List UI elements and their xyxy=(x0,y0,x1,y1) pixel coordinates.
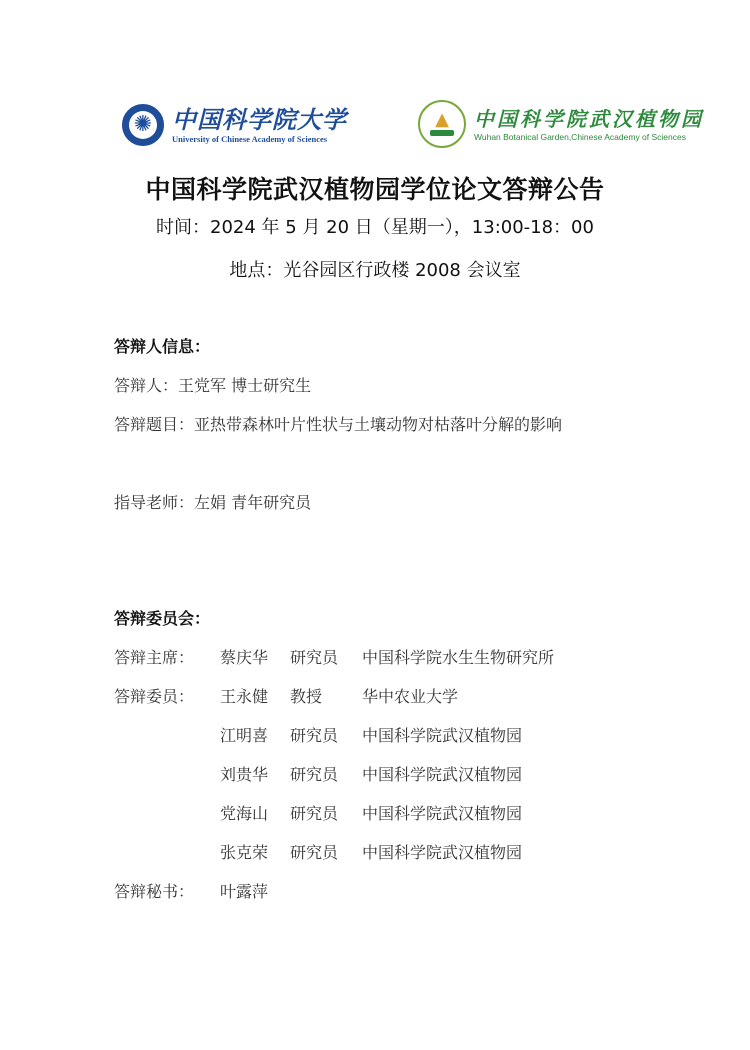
committee-title: 研究员 xyxy=(290,645,338,668)
committee-title: 研究员 xyxy=(290,762,338,785)
committee-title: 教授 xyxy=(290,684,322,707)
committee-name: 江明喜 xyxy=(220,723,268,746)
logo-bar: 中国科学院大学 University of Chinese Academy of… xyxy=(0,100,750,160)
candidate-heading: 答辩人信息： xyxy=(114,334,210,357)
committee-org: 中国科学院武汉植物园 xyxy=(362,840,522,863)
committee-name: 王永健 xyxy=(220,684,268,707)
committee-org: 华中农业大学 xyxy=(362,684,458,707)
committee-name: 党海山 xyxy=(220,801,268,824)
candidate-topic: 答辩题目：亚热带森林叶片性状与土壤动物对枯落叶分解的影响 xyxy=(114,412,562,435)
committee-name: 刘贵华 xyxy=(220,762,268,785)
committee-role: 答辩秘书： xyxy=(114,879,194,902)
advisor: 指导老师：左娟 青年研究员 xyxy=(114,490,311,513)
wbg-emblem-icon xyxy=(418,100,466,148)
ucas-name-cn: 中国科学院大学 xyxy=(172,106,347,134)
ucas-logo: 中国科学院大学 University of Chinese Academy of… xyxy=(122,104,347,146)
committee-name: 蔡庆华 xyxy=(220,645,268,668)
ucas-emblem-icon xyxy=(122,104,164,146)
committee-role: 答辩主席： xyxy=(114,645,194,668)
wbg-name-cn: 中国科学院武汉植物园 xyxy=(474,106,704,132)
committee-org: 中国科学院武汉植物园 xyxy=(362,723,522,746)
wbg-name-en: Wuhan Botanical Garden,Chinese Academy o… xyxy=(474,132,704,142)
committee-org: 中国科学院武汉植物园 xyxy=(362,801,522,824)
defense-place: 地点：光谷园区行政楼 2008 会议室 xyxy=(0,256,750,282)
ucas-name-en: University of Chinese Academy of Science… xyxy=(172,134,347,144)
wbg-logo: 中国科学院武汉植物园 Wuhan Botanical Garden,Chines… xyxy=(418,100,704,148)
committee-title: 研究员 xyxy=(290,840,338,863)
committee-org: 中国科学院水生生物研究所 xyxy=(362,645,554,668)
committee-name: 张克荣 xyxy=(220,840,268,863)
committee-heading: 答辩委员会： xyxy=(114,606,210,629)
committee-org: 中国科学院武汉植物园 xyxy=(362,762,522,785)
committee-role: 答辩委员： xyxy=(114,684,194,707)
candidate-person: 答辩人：王党军 博士研究生 xyxy=(114,373,311,396)
page-title: 中国科学院武汉植物园学位论文答辩公告 xyxy=(0,170,750,206)
committee-name: 叶露萍 xyxy=(220,879,268,902)
defense-time: 时间：2024 年 5 月 20 日（星期一），13:00-18：00 xyxy=(0,213,750,239)
committee-title: 研究员 xyxy=(290,723,338,746)
committee-title: 研究员 xyxy=(290,801,338,824)
